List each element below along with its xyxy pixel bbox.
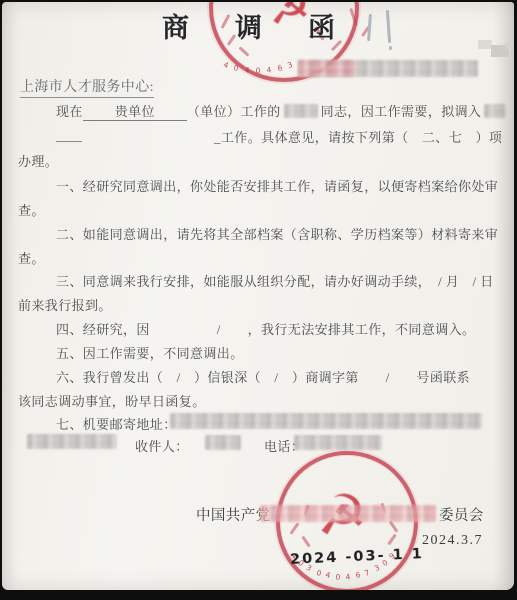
item-4-line: 四、经研究，因 / ，我行无法安排其工作，不同意调入。 bbox=[56, 321, 475, 338]
blank-short-underline bbox=[56, 129, 82, 142]
redacted-destination-unit bbox=[484, 104, 506, 118]
item-2-line-1: 二、如能同意调出，请先将其全部档案（含职称、学历档案等）材料寄来审 bbox=[56, 226, 498, 243]
item-5-line: 五、因工作需要，不同意调出。 bbox=[56, 345, 244, 362]
opening-mid: （单位）工作的 bbox=[187, 104, 281, 119]
blank-current-employer-value: 贵单位 bbox=[115, 104, 155, 119]
item-1-line-2: 查。 bbox=[18, 202, 45, 219]
redaction-pixel-block bbox=[478, 40, 492, 49]
salutation: 上海市人才服务中心: bbox=[20, 79, 154, 98]
redacted-letter-number-stamp-overlap bbox=[298, 60, 354, 77]
redaction-pixel-block bbox=[505, 42, 513, 49]
redacted-phone-number bbox=[294, 435, 382, 450]
letter-paper: ☭ 4040463 商调函 上海市人才服务中心: 现在贵单位（单位）工作的同志，… bbox=[2, 2, 514, 590]
opening-line-2-text: _工作。具体意见，请按下列第（ 二、七 ）项 bbox=[214, 130, 502, 145]
org-name-suffix: 委员会 bbox=[439, 508, 484, 525]
item-1-line-1: 一、经研究同意调出，你处能否安排其工作，请函复，以便寄档案给你处审 bbox=[56, 178, 498, 195]
redacted-org-name bbox=[260, 505, 436, 522]
opening-line-1: 现在贵单位（单位）工作的同志，因工作需要，拟调入 bbox=[56, 103, 509, 121]
handwritten-dot bbox=[389, 46, 392, 50]
document-photo: ☭ 4040463 商调函 上海市人才服务中心: 现在贵单位（单位）工作的同志，… bbox=[0, 0, 517, 600]
opening-post: 同志，因工作需要，拟调入 bbox=[321, 104, 482, 119]
opening-line-2: _工作。具体意见，请按下列第（ 二、七 ）项 bbox=[56, 129, 502, 146]
item-3-line-2: 前来我行报到。 bbox=[18, 297, 112, 314]
item-6-line-1: 六、我行曾发出（ / ）信银深（ / ）商调字第 / 号函联系 bbox=[56, 369, 470, 386]
item-7-label: 七、机要邮寄地址： bbox=[56, 416, 177, 433]
redacted-mailing-address bbox=[170, 413, 482, 429]
redacted-recipient-name bbox=[205, 435, 241, 450]
redacted-person-name bbox=[284, 104, 318, 118]
item-3-line-1: 三、同意调来我行安排，如能服从组织分配，请办好调动手续， / 月 / 日 bbox=[56, 273, 494, 290]
opening-line-3: 办理。 bbox=[18, 153, 58, 170]
item-2-line-2: 查。 bbox=[18, 250, 45, 267]
letter-title: 商调函 bbox=[162, 11, 381, 45]
item-6-line-2: 该同志调动事宜，盼早日函复。 bbox=[18, 393, 206, 410]
blank-current-employer: 贵单位 bbox=[83, 103, 187, 121]
opening-pre: 现在 bbox=[56, 104, 83, 119]
signature-date: 2024.3.7 bbox=[422, 532, 483, 549]
recipient-label: 收件人： bbox=[135, 438, 189, 455]
redacted-address-continuation bbox=[27, 434, 117, 449]
handwritten-stroke bbox=[386, 10, 391, 43]
